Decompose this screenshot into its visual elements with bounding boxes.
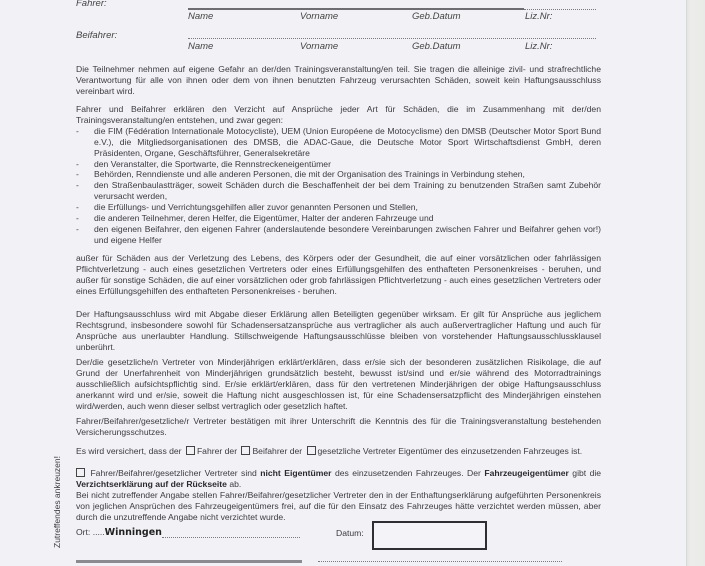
- checkbox-owner-driver[interactable]: [186, 446, 195, 455]
- not-owner-emphasis: nicht Eigentümer: [260, 468, 331, 478]
- driver-label: Fahrer:: [76, 0, 107, 9]
- paragraph-liability-exclusion: Der Haftungsausschluss wird mit Abgabe d…: [76, 309, 601, 353]
- paragraph-exceptions: außer für Schäden aus der Verletzung des…: [76, 253, 601, 297]
- col-vorname: Vorname: [300, 11, 338, 22]
- paragraph-minors: Der/die gesetzliche/n Vertreter von Mind…: [76, 357, 601, 412]
- paragraph-not-owner: Fahrer/Beifahrer/gesetzlicher Vertreter …: [76, 468, 601, 490]
- place-line: [162, 537, 300, 538]
- waiver-party-item: die Erfüllungs- und Verrichtungsgehilfen…: [76, 202, 601, 213]
- driver-license-line[interactable]: [524, 9, 596, 10]
- paragraph-insurance: Fahrer/Beifahrer/gesetzliche/r Vertreter…: [76, 416, 601, 438]
- ownership-option-guardian: gesetzliche Vertreter Eigentümer des ein…: [318, 446, 583, 456]
- scan-paper-edge: [686, 0, 705, 566]
- waiver-party-item: den Straßenbaulastträger, soweit Schäden…: [76, 180, 601, 202]
- driver-name-filled-line: [188, 8, 524, 10]
- date-field[interactable]: [372, 521, 487, 550]
- waiver-intro: Fahrer und Beifahrer erklären den Verzic…: [76, 104, 601, 126]
- paragraph-ownership: Es wird versichert, dass der Fahrer der …: [76, 446, 601, 457]
- not-owner-text: des einzusetzenden Fahrzeuges. Der: [335, 468, 481, 478]
- waiver-back-side-emphasis: Verzichtserklärung auf der Rückseite: [76, 479, 227, 489]
- codriver-label: Beifahrer:: [76, 30, 117, 41]
- not-owner-text: gibt die: [572, 468, 601, 478]
- waiver-party-item: die FIM (Fédération Internationale Motoc…: [76, 126, 601, 159]
- col-liz-nr: Liz.Nr:: [525, 11, 552, 22]
- col-liz-nr: Liz.Nr:: [525, 41, 552, 52]
- waiver-party-item: den Veranstalter, die Sportwarte, die Re…: [76, 159, 601, 170]
- ownership-text: Es wird versichert, dass der: [76, 446, 182, 456]
- document-page: Fahrer: Name Vorname Geb.Datum Liz.Nr: B…: [0, 0, 686, 566]
- not-owner-text: Fahrer/Beifahrer/gesetzlicher Vertreter …: [90, 468, 256, 478]
- not-owner-text: ab.: [229, 479, 241, 489]
- signature-line-left[interactable]: [76, 560, 302, 563]
- place-label: Ort: .....: [76, 527, 105, 537]
- col-name: Name: [188, 11, 213, 22]
- col-vorname: Vorname: [300, 41, 338, 52]
- date-label: Datum:: [336, 528, 364, 538]
- checkbox-owner-codriver[interactable]: [241, 446, 250, 455]
- paragraph-indemnity: Bei nicht zutreffender Angabe stellen Fa…: [76, 490, 601, 523]
- waiver-party-item: die anderen Teilnehmer, deren Helfer, di…: [76, 213, 601, 224]
- signature-line-right[interactable]: [318, 561, 562, 562]
- checkbox-owner-guardian[interactable]: [307, 446, 316, 455]
- waiver-party-item: Behörden, Renndienste und alle anderen P…: [76, 169, 601, 180]
- col-geb-datum: Geb.Datum: [412, 41, 461, 52]
- col-geb-datum: Geb.Datum: [412, 11, 461, 22]
- paragraph-waiver-claims: Fahrer und Beifahrer erklären den Verzic…: [76, 104, 601, 246]
- paragraph-participation-risk: Die Teilnehmer nehmen auf eigene Gefahr …: [76, 64, 601, 97]
- place-value: Winningen: [105, 527, 162, 538]
- codriver-input-line[interactable]: [188, 38, 596, 39]
- vehicle-owner-emphasis: Fahrzeugeigentümer: [484, 468, 569, 478]
- checkbox-not-owner[interactable]: [76, 468, 85, 477]
- place-field[interactable]: Ort: .....Winningen: [76, 527, 162, 538]
- waiver-party-list: die FIM (Fédération Internationale Motoc…: [76, 126, 601, 246]
- col-name: Name: [188, 41, 213, 52]
- ownership-option-codriver: Beifahrer der: [252, 446, 302, 456]
- side-note-tick-applicable: Zutreffendes ankreuzen!: [52, 456, 62, 548]
- ownership-option-driver: Fahrer der: [197, 446, 237, 456]
- waiver-party-item: den eigenen Beifahrer, den eigenen Fahre…: [76, 224, 601, 246]
